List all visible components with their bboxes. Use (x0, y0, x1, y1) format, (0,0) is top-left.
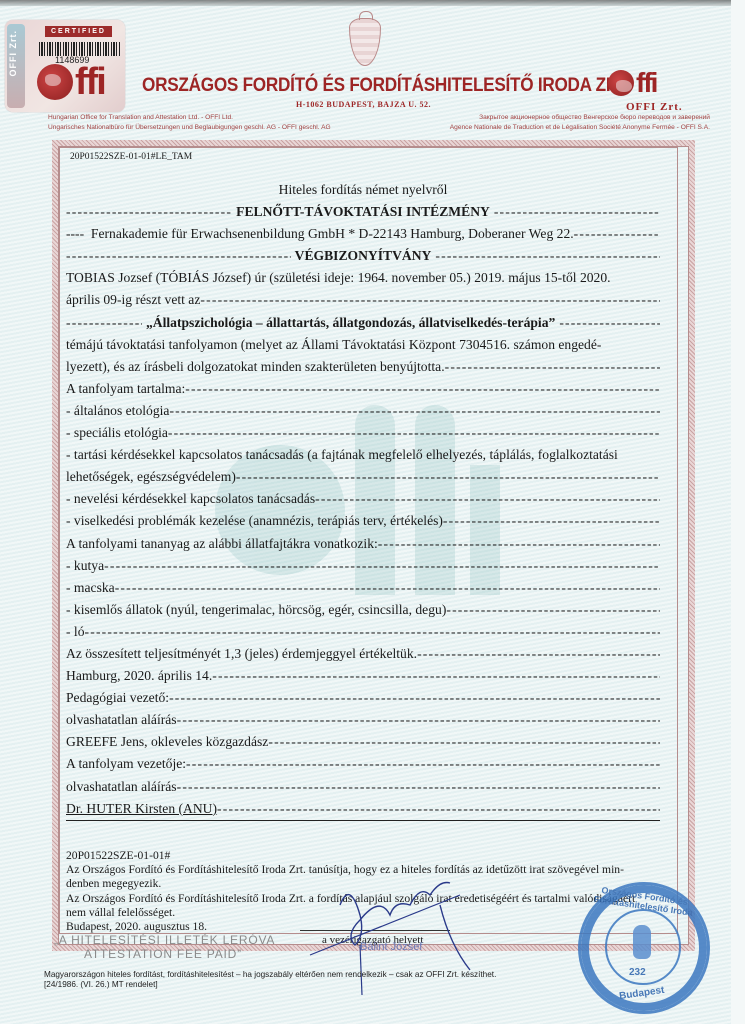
certified-badge: CERTIFIED (45, 26, 112, 37)
content-label: A tanfolyam tartalma: (66, 378, 660, 400)
company-short-name: OFFI Zrt. (626, 101, 683, 113)
legal-footer: Magyarországon hiteles fordítást, fordít… (44, 970, 496, 990)
subtitle-english: Hungarian Office for Translation and Att… (48, 114, 233, 121)
place-date: Hamburg, 2020. április 14. (66, 665, 660, 687)
pedagogical-lead-name: GREEFE Jens, okleveles közgazdász (66, 731, 660, 753)
hungarian-coat-of-arms-icon (349, 18, 381, 66)
sticker-side-strip: OFFI Zrt. (7, 24, 25, 108)
organization-address: H-1062 BUDAPEST, BAJZA U. 52. (296, 100, 431, 109)
globe-icon (608, 70, 634, 96)
fee-paid-stamp: „A HITELESÍTÉSI ILLETÉK LERÓVA ATTESTATI… (54, 933, 275, 961)
species-item: - macska (66, 577, 660, 599)
footer-line-1: Magyarországon hiteles fordítást, fordít… (44, 970, 496, 980)
subtitle-french: Agence Nationale de Traduction et de Lég… (450, 124, 710, 131)
document-reference: 20P01522SZE-01-01#LE_TAM (70, 152, 192, 162)
page-right-margin (731, 0, 745, 1024)
content-item: - viselkedési problémák kezelése (anamné… (66, 510, 660, 532)
certificate-heading: VÉGBIZONYÍTVÁNY (66, 245, 660, 267)
grade-line: Az összesített teljesítményét 1,3 (jeles… (66, 643, 660, 665)
offi-logo-text: ffi (636, 70, 656, 96)
offi-logo: ffi (608, 70, 656, 96)
pedagogical-lead-label: Pedagógiai vezető: (66, 687, 660, 709)
institution-heading: FELNŐTT-TÁVOKTATÁSI INTÉZMÉNY (66, 201, 660, 223)
institution-address: ---- Fernakademie für Erwachsenenbildung… (66, 223, 660, 245)
course-line-2: lyezett), és az írásbeli dolgozatokat mi… (66, 356, 660, 378)
course-title: „Állatpszichológia – állattartás, állatg… (66, 312, 660, 334)
species-label: A tanfolyami tananyag az alábbi állatfaj… (66, 533, 660, 555)
sticker-offi-logo: ffi (37, 64, 105, 100)
content-item: - speciális etológia (66, 422, 660, 444)
subtitle-russian: Закрытое акционерное общество Венгерское… (479, 114, 710, 121)
content-item: - általános etológia (66, 400, 660, 422)
course-lead-label: A tanfolyam vezetője: (66, 753, 660, 775)
subtitle-german: Ungarisches Nationalbüro für Übersetzung… (48, 124, 331, 131)
course-lead-name: Dr. HUTER Kirsten (ANU) (66, 798, 660, 821)
species-item: - kisemlős állatok (nyúl, tengerimalac, … (66, 599, 660, 621)
content-item: - nevelési kérdésekkel kapcsolatos tanác… (66, 488, 660, 510)
species-item: - kutya (66, 555, 660, 577)
certificate-body: Hiteles fordítás német nyelvről FELNŐTT-… (66, 179, 660, 821)
organization-name: ORSZÁGOS FORDÍTÓ ÉS FORDÍTÁSHITELESÍTŐ I… (142, 74, 538, 97)
attestation-reference: 20P01522SZE-01-01# (66, 849, 666, 863)
stamp-city: Budapest (618, 985, 665, 1002)
signature-note-1: olvashatatlan aláírás (66, 709, 660, 731)
page-top-edge (0, 0, 745, 6)
participant-line-2: április 09-ig részt vett az (66, 289, 660, 311)
content-item: lehetőségek, egészségvédelem) (66, 466, 660, 488)
species-item: - ló (66, 621, 660, 643)
globe-icon (37, 64, 73, 100)
content-item: - tartási kérdésekkel kapcsolatos tanács… (66, 444, 660, 466)
stamp-emblem-icon (633, 925, 651, 959)
certified-sticker: OFFI Zrt. CERTIFIED 1148699 ffi (5, 20, 125, 112)
participant-line-1: TOBIAS Jozsef (TÓBIÁS József) úr (szület… (66, 267, 660, 289)
sticker-logo-text: ffi (75, 64, 105, 100)
stamp-number: 232 (629, 967, 646, 978)
fee-line-2: ATTESTATION FEE PAID” (54, 947, 275, 961)
official-round-stamp: Országos Fordító és Fordításhitelesítő I… (578, 882, 710, 1014)
translation-note: Hiteles fordítás német nyelvről (66, 179, 660, 201)
course-line-1: témájú távoktatási tanfolyamon (melyet a… (66, 334, 660, 356)
barcode-icon (39, 42, 121, 56)
footer-line-2: [24/1986. (VI. 26.) MT rendelet] (44, 980, 496, 990)
sticker-side-text: OFFI Zrt. (8, 30, 18, 77)
fee-line-1: „A HITELESÍTÉSI ILLETÉK LERÓVA (54, 933, 275, 947)
signature-note-2: olvashatatlan aláírás (66, 776, 660, 798)
